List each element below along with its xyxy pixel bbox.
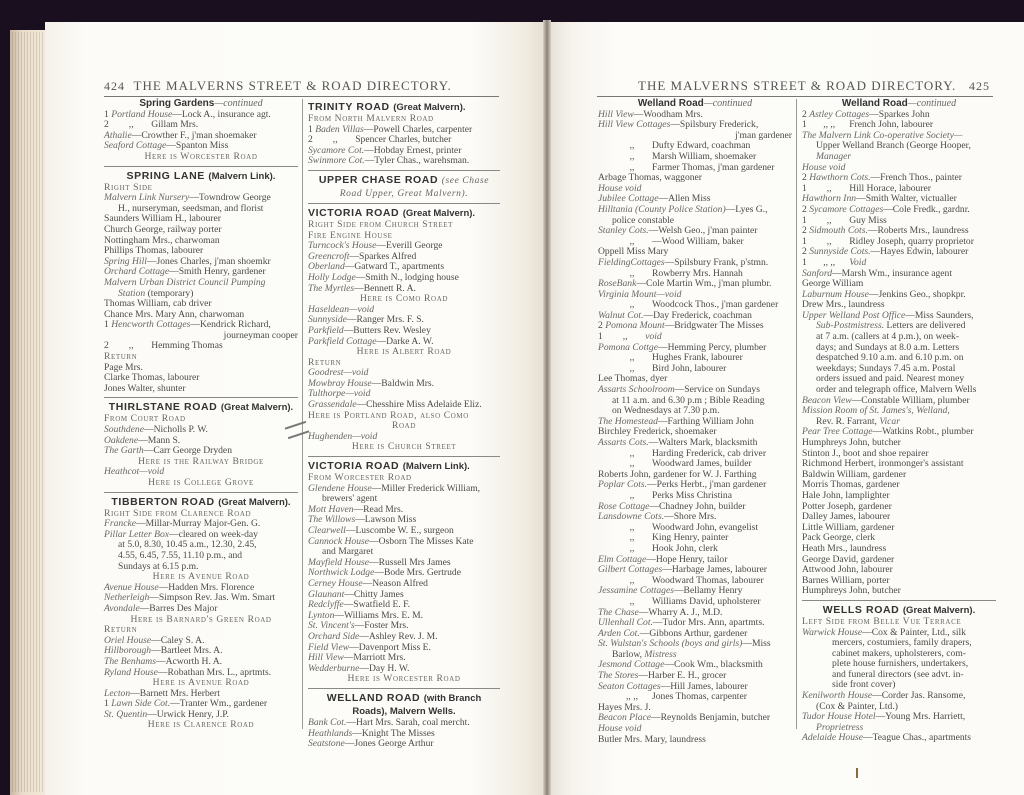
occupant: —Ranger Mrs. F. S. — [347, 314, 424, 325]
occupant: —Harber E. H., grocer — [638, 670, 726, 681]
street-name: TRINITY ROAD — [308, 101, 393, 113]
house-name: Sycamore Cottages — [809, 204, 883, 215]
occupant: Hayes Mrs. J. — [598, 702, 651, 713]
house-name: Spring Hill — [104, 256, 147, 267]
occupant: —French Thos., painter — [871, 172, 962, 183]
directory-entry: Butler Mrs. Mary, laundress — [598, 735, 792, 746]
occupant: Arbage Thomas, waggoner — [598, 172, 702, 183]
house-name: Haseldean—void — [308, 304, 374, 315]
occupant: brewers' agent — [322, 493, 377, 504]
occupant: —Roberts Mrs., laundress — [868, 225, 969, 236]
house-name: Station — [118, 288, 145, 299]
house-name: Beacon View — [802, 395, 852, 406]
house-name: Jubilee Cottage — [598, 193, 658, 204]
occupant: Drew Mrs., laundress — [802, 299, 885, 310]
occupant: —Hobday Ernest, printer — [364, 145, 461, 156]
occupant: —Tyler Chas., warehsman. — [365, 155, 470, 166]
house-name: Baden Villas — [315, 124, 364, 135]
house-number: 1 — [802, 119, 809, 130]
district-name: (Malvern Link). — [403, 461, 470, 472]
occupant: Richmond Herbert, ironmonger's assistant — [802, 458, 964, 469]
occupant: Hale John, lamplighter — [802, 490, 890, 501]
occupant: Heath Mrs., laundress — [802, 543, 886, 554]
house-name: Mowbray House — [308, 378, 372, 389]
street-name: TIBBERTON ROAD — [111, 496, 218, 508]
house-name: Hill View Cottages — [598, 119, 670, 130]
occupant: days; and Sundays at 8.0 a.m. Letters — [816, 342, 959, 353]
occupant: —Wood William, baker — [652, 236, 744, 247]
occupant: —Acworth H. A. — [156, 656, 222, 667]
occupant: —Ashley Rev. J. M. — [359, 631, 437, 642]
occupant: (Cox & Painter, Ltd.) — [816, 701, 898, 712]
house-name: Seatstone — [308, 738, 345, 749]
occupant: order and telegraph office, Malvern Well… — [816, 384, 976, 395]
occupant: —Miller Frederick William, — [372, 483, 480, 494]
occupant: cabinet makers, upholsterers, com- — [832, 648, 966, 659]
occupant: Hill Horace, labourer — [849, 183, 931, 194]
house-name: Assarts Cots. — [598, 437, 649, 448]
occupant: Farmer Thomas, j'man gardener — [652, 162, 775, 173]
house-name: Seaford Cottage — [104, 140, 166, 151]
open-book: 424 THE MALVERNS STREET & ROAD DIRECTORY… — [0, 0, 1024, 795]
occupant: Dufty Edward, coachman — [652, 140, 750, 151]
occupant: French John, labourer — [849, 119, 933, 130]
section-rule — [104, 397, 298, 398]
occupant: —Gibbons Arthur, gardener — [640, 628, 748, 639]
occupant: Rev. R. Farrant, — [816, 416, 879, 427]
title-italic: Vicar — [879, 416, 900, 427]
house-name: House void — [802, 162, 845, 173]
house-name: Sanford — [802, 268, 832, 279]
occupant: —Simpson Rev. Jas. Wm. Smart — [149, 592, 275, 603]
cross-street-marker: Here is Church Street — [308, 442, 500, 453]
occupant: —Young Mrs. Harriett, — [876, 711, 966, 722]
street-name: WELLS ROAD — [823, 604, 903, 616]
occupant: —Darke A. W. — [376, 336, 433, 347]
occupant: —Bridgwater The Misses — [665, 320, 764, 331]
occupant: and funeral directors (see advt. in- — [832, 669, 964, 680]
house-name: Sunnyside — [308, 314, 347, 325]
house-name: Hillborough — [104, 645, 151, 656]
house-name: Turncock's House — [308, 240, 376, 251]
occupant: —Carr George Dryden — [144, 445, 232, 456]
house-name: Stanley Cots. — [598, 225, 649, 236]
street-name: UPPER CHASE ROAD — [319, 174, 442, 186]
house-name: Laburnum House — [802, 289, 869, 300]
occupant: —Sparkes John — [869, 109, 930, 120]
occupant: —Bartleet Mrs. A. — [151, 645, 222, 656]
occupant: Little William, gardener — [802, 522, 894, 533]
occupant: —Lawson Miss — [355, 514, 416, 525]
house-name: Orchard Side — [308, 631, 359, 642]
house-name: Holly Lodge — [308, 272, 356, 283]
house-name: Hughenden—void — [308, 431, 377, 442]
section-rule — [308, 456, 500, 457]
column-divider — [796, 99, 797, 729]
occupant: —Robathan Mrs. L., aprtmts. — [158, 667, 271, 678]
house-name: Astley Cottages — [809, 109, 869, 120]
house-number: 2 — [104, 340, 111, 351]
street-heading: TIBBERTON ROAD (Great Malvern). — [104, 496, 298, 509]
header-rule-left — [104, 96, 499, 97]
occupant: —Powell Charles, carpenter — [364, 124, 472, 135]
side-label: Right Side from Church Street — [308, 220, 500, 231]
house-name: Lansdowne Cots. — [598, 511, 664, 522]
directory-entry: 2 Sycamore Cottages—Cole Fredk., gardnr. — [802, 205, 996, 216]
occupant: —Luscombe W. E., surgeon — [346, 525, 454, 536]
occupant: —Cox & Painter, Ltd., silk — [862, 627, 966, 638]
directory-entry: Swinmore Cot.—Tyler Chas., warehsman. — [308, 156, 500, 167]
house-name: Pomona Cottge — [598, 342, 658, 353]
house-name: The Chase — [598, 607, 639, 618]
house-name: Assarts Schoolroom — [598, 384, 675, 395]
occupant: Saunders William H., labourer — [104, 213, 221, 224]
house-name: Glaunant — [308, 589, 344, 600]
occupant: Phillips Thomas, labourer — [104, 245, 203, 256]
right-column-2: Welland Road—continued2 Astley Cottages—… — [802, 99, 996, 744]
occupant: —Welsh Geo., j'man painter — [649, 225, 758, 236]
street-name: Welland Road — [842, 98, 908, 109]
occupant: —Cole Fredk., gardnr. — [883, 204, 970, 215]
occupant: —Davenport Miss E. — [349, 642, 431, 653]
occupant: Hemming Thomas — [151, 340, 223, 351]
occupant: Lee Thomas, dyer — [598, 373, 667, 384]
occupant: —Chadney John, builder — [649, 501, 745, 512]
house-name: Pomona Mount — [605, 320, 664, 331]
left-column-2: TRINITY ROAD (Great Malvern).From North … — [308, 99, 500, 750]
occupant: —Barnett Mrs. Herbert — [130, 688, 220, 699]
occupant: Bird John, labourer — [652, 363, 726, 374]
right-running-head: THE MALVERNS STREET & ROAD DIRECTORY. 42… — [638, 78, 990, 94]
right-page-title: THE MALVERNS STREET & ROAD DIRECTORY. — [638, 78, 956, 93]
house-name: Swinmore Cot. — [308, 155, 365, 166]
occupant: Woodcock Thos., j'man gardener — [652, 299, 778, 310]
house-name: Virginia Mount—void — [598, 289, 681, 300]
book-gutter — [543, 20, 551, 795]
occupant: at 5.0, 8.30, 10.45 a.m., 12.30, 2.45, — [118, 539, 257, 550]
occupant: Pack George, clerk — [802, 532, 875, 543]
house-name: Athalie — [104, 130, 132, 141]
house-number: 2 — [104, 119, 111, 130]
occupant: Harding Frederick, cab driver — [652, 448, 766, 459]
continued-label: —continued — [214, 98, 262, 109]
occupant: Perks Miss Christina — [652, 490, 732, 501]
occupant: —Allen Miss — [658, 193, 710, 204]
house-name: Parkfield Cottage — [308, 336, 376, 347]
section-rule — [308, 170, 500, 171]
occupant: —Tudor Mrs. Ann, apartmts. — [653, 617, 765, 628]
occupant: —Jones Charles, j'man shoemkr — [147, 256, 271, 267]
section-rule — [104, 166, 298, 167]
house-name: Clearwell — [308, 525, 346, 536]
occupant: —Corder Jas. Ransome, — [872, 690, 965, 701]
house-number: 1 — [802, 183, 809, 194]
house-name: The Myrtles — [308, 283, 354, 294]
cross-street-marker: Here is Worcester Road — [104, 152, 298, 163]
occupant: —Hemming Percy, plumber — [658, 342, 766, 353]
house-number: 1 — [802, 257, 809, 268]
occupant: Letters are delivered — [884, 320, 965, 331]
house-name: Northwick Lodge — [308, 567, 374, 578]
left-running-head: 424 THE MALVERNS STREET & ROAD DIRECTORY… — [104, 78, 452, 94]
house-name: RoseBank — [598, 278, 636, 289]
house-name: Tudor House Hotel — [802, 711, 876, 722]
house-name: Lecton — [104, 688, 130, 699]
house-name: Hill View — [308, 652, 344, 663]
occupant: —Harbage James, labourer — [662, 564, 767, 575]
occupant: Spencer Charles, butcher — [355, 134, 451, 145]
district-name: (Great Malvern). — [393, 102, 465, 113]
occupant: —Watkins Robt., plumber — [873, 426, 974, 437]
occupant: —Hope Henry, tailor — [646, 554, 727, 565]
house-name: Mission Room of St. James's, Welland, — [802, 405, 950, 416]
occupant: —Spanton Miss — [166, 140, 228, 151]
occupant: Page Mrs. — [104, 362, 143, 373]
house-name: Walnut Cot. — [598, 310, 644, 321]
occupant: Attwood John, labourer — [802, 564, 893, 575]
left-page-title: THE MALVERNS STREET & ROAD DIRECTORY. — [134, 78, 452, 93]
house-name: Heathlands — [308, 728, 352, 739]
street-heading: WELLS ROAD (Great Malvern). — [802, 604, 996, 617]
occupant: Humphreys John, butcher — [802, 585, 901, 596]
house-name: Proprietress — [816, 722, 863, 733]
occupant: —Tranter Wm., gardener — [170, 698, 267, 709]
occupant: Oppell Miss Mary — [598, 246, 668, 257]
house-number: 1 — [802, 215, 809, 226]
occupant: —Baldwin Mrs. — [372, 378, 434, 389]
street-heading: UPPER CHASE ROAD (see Chase Road Upper, … — [308, 174, 500, 200]
occupant: —Nicholls P. W. — [144, 424, 208, 435]
right-page-number: 425 — [969, 79, 990, 93]
house-name: The Malvern Link Co-operative Society— — [802, 130, 962, 141]
house-name: Field View — [308, 642, 349, 653]
house-name: Warwick House — [802, 627, 862, 638]
occupant: plete house furnishers, undertakers, — [832, 658, 968, 669]
house-name: Gilbert Cottages — [598, 564, 662, 575]
house-name: Manager — [816, 151, 851, 162]
occupant: —Hayes Edwin, labourer — [871, 246, 969, 257]
house-name: Hawthorn Cots. — [809, 172, 870, 183]
house-name: Portland House — [111, 109, 172, 120]
occupant: Barlow, — [612, 649, 644, 660]
occupant: —Gatward T., apartments — [345, 261, 444, 272]
house-name: The Stores — [598, 670, 638, 681]
occupant: —Millar-Murray Major-Gen. G. — [136, 518, 260, 529]
house-name: Southdene — [104, 424, 144, 435]
occupant: —Barres Des Major — [140, 603, 218, 614]
directory-entry: Jones Walter, shunter — [104, 384, 298, 395]
right-column-1: Welland Road—continuedHill View—Woodham … — [598, 99, 792, 745]
occupant: Gillam Mrs. — [151, 119, 198, 130]
house-name: The Willows — [308, 514, 355, 525]
street-heading: SPRING LANE (Malvern Link). — [104, 170, 298, 183]
occupant: side front cover) — [832, 679, 895, 690]
house-name: Jesmond Cottage — [598, 659, 664, 670]
section-rule — [308, 688, 500, 689]
occupant: —Everill George — [376, 240, 442, 251]
house-name: Sunnyside Cots. — [809, 246, 870, 257]
house-name: Oakdene — [104, 435, 138, 446]
occupant: weekdays; Sundays 7.45 a.m. Postal — [816, 363, 955, 374]
street-name: Spring Gardens — [139, 98, 214, 109]
occupant: Clarke Thomas, labourer — [104, 372, 199, 383]
occupant: —Smith Henry, gardener — [169, 266, 266, 277]
occupant: —Bellamy Henry — [674, 585, 742, 596]
title-italic: Mistress — [644, 649, 676, 660]
left-page-number: 424 — [104, 79, 125, 93]
occupant: —Jones George Arthur — [345, 738, 434, 749]
street-name: WELLAND ROAD — [327, 692, 424, 704]
occupant: Potter Joseph, gardener — [802, 501, 892, 512]
street-name: VICTORIA ROAD — [308, 460, 403, 472]
occupant: —Chitty James — [344, 589, 403, 600]
column-divider — [302, 99, 303, 729]
occupant: —Chesshire Miss Adelaide Eliz. — [357, 399, 482, 410]
house-name: Tulthorpe—void — [308, 388, 370, 399]
occupant: despatched 9.10 a.m. and 6.10 p.m. on — [816, 352, 964, 363]
house-name: St. Quentin — [104, 709, 147, 720]
occupant: (temporary) — [145, 288, 193, 299]
house-name: Ullenhall Cot. — [598, 617, 653, 628]
occupant: —Kendrick Richard, — [190, 319, 270, 330]
house-name: Goodrest—void — [308, 367, 368, 378]
house-name: Oriel House — [104, 635, 151, 646]
house-number: 1 — [802, 236, 809, 247]
house-name: Ryland House — [104, 667, 158, 678]
house-name: Greencroft — [308, 251, 349, 262]
occupant: George David, gardener — [802, 554, 894, 565]
house-name: Sub-Postmistress. — [816, 320, 884, 331]
occupant: Ridley Joseph, quarry proprietor — [849, 236, 974, 247]
occupant: Williams David, upholsterer — [652, 596, 761, 607]
house-name: Elm Cottage — [598, 554, 646, 565]
street-name: VICTORIA ROAD — [308, 207, 403, 219]
occupant: on Wednesdays at 7.30 p.m. — [612, 405, 720, 416]
occupant: —Knight The Misses — [352, 728, 434, 739]
occupant: —Crowther F., j'man shoemaker — [132, 130, 257, 141]
house-name: Avondale — [104, 603, 140, 614]
house-name: Kenilworth House — [802, 690, 872, 701]
house-name: Oberland — [308, 261, 345, 272]
occupant: —Miss — [742, 638, 770, 649]
occupant: Sundays at 6.15 p.m. — [118, 561, 198, 572]
occupant: —Osborn The Misses Kate — [369, 536, 474, 547]
house-name: Pillar Letter Box — [104, 529, 169, 540]
house-name: The Benhams — [104, 656, 156, 667]
occupant: —Read Mrs. — [354, 504, 404, 515]
house-name: St. Wulstan's Schools (boys and girls) — [598, 638, 742, 649]
occupant: orders issued and paid. Nearest money — [816, 373, 964, 384]
occupant: —Reynolds Benjamin, butcher — [651, 712, 770, 723]
occupant: Woodward James, builder — [652, 458, 752, 469]
header-rule-right — [597, 96, 993, 97]
occupant: —Swatfield E. F. — [344, 599, 410, 610]
directory-entry: Seatstone—Jones George Arthur — [308, 739, 500, 750]
occupant: —Bennett R. A. — [354, 283, 416, 294]
house-name: Jessamine Cottages — [598, 585, 674, 596]
house-name: Upper Welland Post Office — [802, 310, 905, 321]
house-name: Adelaide House — [802, 732, 863, 743]
occupant: —Smith Walter, victualler — [856, 193, 957, 204]
occupant: —Wharry A. J., M.D. — [639, 607, 723, 618]
occupant: police constable — [612, 215, 674, 226]
occupant: Woodward John, evangelist — [652, 522, 758, 533]
occupant: George William — [802, 278, 863, 289]
house-name: Sidmouth Cots. — [809, 225, 868, 236]
section-rule — [802, 600, 996, 601]
house-number: 2 — [308, 134, 315, 145]
house-name: Pear Tree Cottage — [802, 426, 873, 437]
occupant: —Perks Herbt., j'man gardener — [647, 479, 766, 490]
house-name: St. Vincent's — [308, 620, 355, 631]
occupant: —Hill James, labourer — [661, 681, 748, 692]
occupant: mercers, costumiers, family drapers, — [832, 637, 972, 648]
occupant: Guy Miss — [849, 215, 887, 226]
street-heading: WELLAND ROAD (with Branch Roads), Malver… — [308, 692, 500, 718]
occupant: 4.55, 6.45, 7.55, 11.10 p.m., and — [118, 550, 242, 561]
house-name: The Homestead — [598, 416, 658, 427]
occupant: King Henry, painter — [652, 532, 728, 543]
occupant: Rowberry Mrs. Hannah — [652, 268, 743, 279]
occupant: Upper Welland Branch (George Hooper, — [816, 140, 971, 151]
occupant: —Walters Mark, blacksmith — [649, 437, 758, 448]
occupant: —Woodham Mrs. — [634, 109, 703, 120]
occupant: —Day Frederick, coachman — [644, 310, 752, 321]
continued-label: —continued — [704, 98, 752, 109]
street-name: SPRING LANE — [127, 170, 209, 182]
house-name: Sycamore Cot. — [308, 145, 364, 156]
occupant: —Urwick Henry, J.P. — [147, 709, 229, 720]
occupant: Dalley James, labourer — [802, 511, 890, 522]
occupant: —Cole Martin Wm., j'man plumbr. — [636, 278, 771, 289]
house-name: Hilltania (County Police Station) — [598, 204, 726, 215]
occupant: —Foster Mrs. — [355, 620, 409, 631]
occupant: —Service on Sundays — [675, 384, 760, 395]
house-name: Bank Cot. — [308, 717, 346, 728]
occupant: —Constable William, plumber — [852, 395, 970, 406]
house-name: Heathcot—void — [104, 466, 164, 477]
occupant: —Hart Mrs. Sarah, coal mercht. — [346, 717, 469, 728]
occupant: —Towndrow George — [189, 192, 270, 203]
occupant: —Spilsbury Frederick, — [670, 119, 758, 130]
house-name: Hawthorn Inn — [802, 193, 856, 204]
house-name: Orchard Cottage — [104, 266, 169, 277]
occupant: Humphreys John, butcher — [802, 437, 901, 448]
district-name: (Great Malvern). — [218, 497, 290, 508]
house-name: FieldingCottages — [598, 257, 665, 268]
cross-street-marker: Here is Clarence Road — [104, 720, 298, 731]
directory-entry: Humphreys John, butcher — [802, 586, 996, 597]
district-name: (Malvern Link). — [208, 171, 275, 182]
occupant: Jones Thomas, carpenter — [652, 691, 747, 702]
occupant: Morris Thomas, gardener — [802, 479, 900, 490]
cross-street-marker: Here is College Grove — [104, 478, 298, 489]
district-name: (Great Malvern). — [221, 402, 293, 413]
continued-label: —continued — [908, 98, 956, 109]
house-name: Glendene House — [308, 483, 372, 494]
occupant: —Spilsbury Frank, p'stmn. — [665, 257, 769, 268]
occupant: —Lyes G., — [726, 204, 768, 215]
directory-entry: Adelaide House—Teague Chas., apartments — [802, 733, 996, 744]
house-name: Beacon Place — [598, 712, 651, 723]
occupant: Thomas William, cab driver — [104, 298, 212, 309]
occupant: —Lock A., insurance agt. — [172, 109, 271, 120]
occupant: Roberts John, gardener for W. J. Farthin… — [598, 469, 757, 480]
house-name: Cannock House — [308, 536, 369, 547]
section-rule — [308, 203, 500, 204]
occupant: —Williams Mrs. E. M. — [334, 610, 423, 621]
district-name: (Great Malvern). — [903, 605, 975, 616]
